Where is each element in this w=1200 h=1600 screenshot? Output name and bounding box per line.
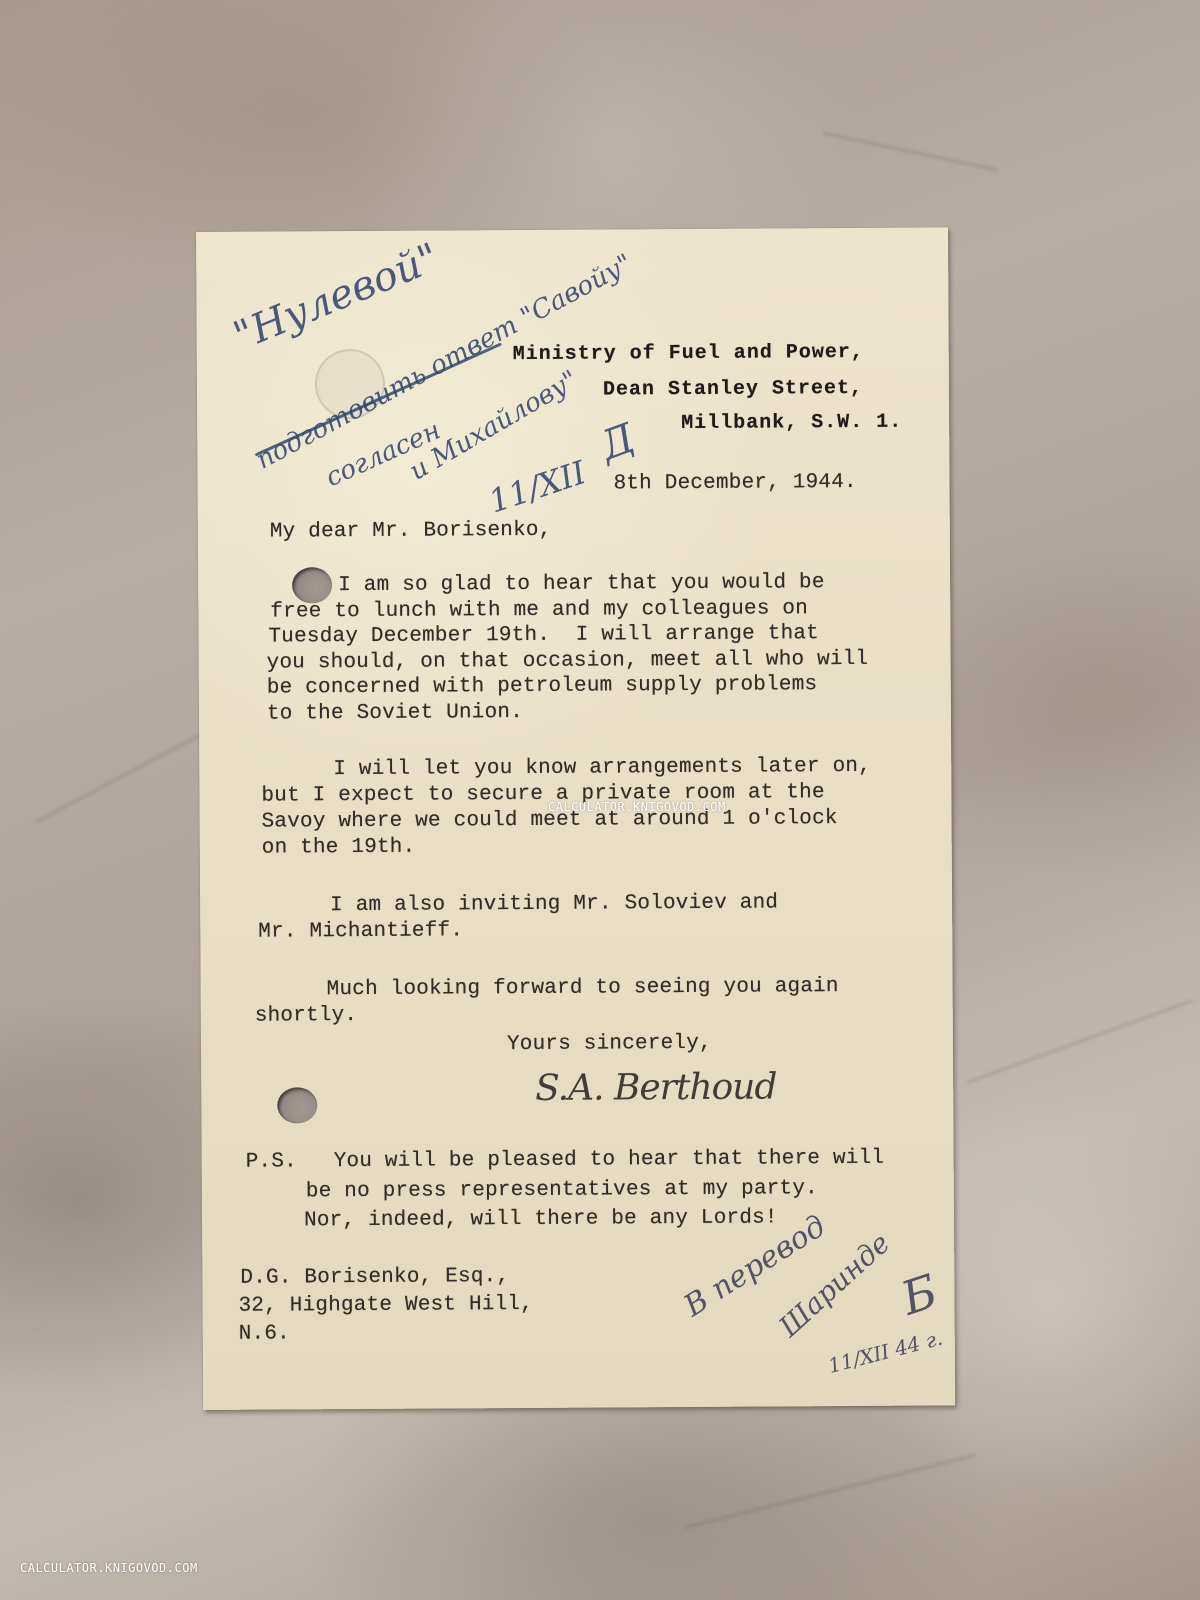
addressee-name: D.G. Borisenko, Esq., [240,1264,509,1292]
addressee-street: 32, Highgate West Hill, [238,1292,533,1320]
watermark-corner: CALCULATOR.KNIGOVOD.COM [20,1561,198,1575]
background-crease-2 [967,999,1194,1084]
handwritten-annotation-top: "Нулевой" подготовить ответ "Савойу" сог… [196,227,948,232]
annotation-top-date: 11/XII [484,453,590,520]
postscript-line: Nor, indeed, will there be any Lords! [304,1205,778,1234]
paragraph-1: I am so glad to hear that you would be f… [196,227,948,232]
addressee-block: D.G. Borisenko, Esq., 32, Highgate West … [196,227,948,232]
paragraph-2-line: but I expect to secure a private room at… [261,780,824,809]
annotation-bottom-initials: Б [895,1264,944,1326]
background-crease-3 [684,1454,976,1529]
postscript-label: P.S. [246,1149,297,1175]
paragraph-3: I am also inviting Mr. Soloviev and Mr. … [196,227,948,232]
punch-hole-bottom [277,1087,317,1123]
background-crease-4 [822,131,999,171]
letter-date: 8th December, 1944. [613,470,856,497]
paragraph-1-line: to the Soviet Union. [267,700,523,728]
paragraph-1-line: I am so glad to hear that you would be [338,570,825,599]
handwritten-annotation-bottom: В перевод Шаринде Б 11/XII 44 г. [196,227,948,232]
paragraph-2-line: I will let you know arrangements later o… [333,754,871,783]
salutation: My dear Mr. Borisenko, [270,518,552,546]
paragraph-3-line: Mr. Michantieff. [258,918,463,945]
letterhead-line-1: Ministry of Fuel and Power, [513,340,864,368]
annotation-top-initials: Д [594,415,640,469]
letter-sheet: Ministry of Fuel and Power, Dean Stanley… [196,227,955,1410]
paragraph-2-line: on the 19th. [262,835,416,862]
postscript-line: be no press representatives at my party. [306,1176,818,1205]
watermark-center: CALCULATOR.KNIGOVOD.COM [548,800,726,814]
paragraph-3-line: I am also inviting Mr. Soloviev and [330,890,778,919]
paragraph-4-line: shortly. [255,1003,358,1030]
punch-hole-top [292,567,332,603]
postscript-line: You will be pleased to hear that there w… [334,1146,885,1175]
addressee-district: N.6. [239,1321,290,1347]
letterhead-line-3: Millbank, S.W. 1. [681,410,902,437]
paragraph-2: I will let you know arrangements later o… [196,227,948,232]
paragraph-1-line: Tuesday December 19th. I will arrange th… [268,621,819,650]
annotation-bottom-date: 11/XII 44 г. [826,1326,945,1378]
paragraph-4: Much looking forward to seeing you again… [196,227,948,232]
signature: S.A. Berthoud [535,1066,776,1108]
postscript: P.S. You will be pleased to hear that th… [196,227,948,232]
closing: Yours sincerely, [507,1031,712,1058]
annotation-top-line-1: "Нулевой" [227,235,445,360]
paragraph-4-line: Much looking forward to seeing you again [327,974,839,1003]
letterhead-line-2: Dean Stanley Street, [603,376,863,404]
paragraph-1-line: be concerned with petroleum supply probl… [267,672,818,701]
